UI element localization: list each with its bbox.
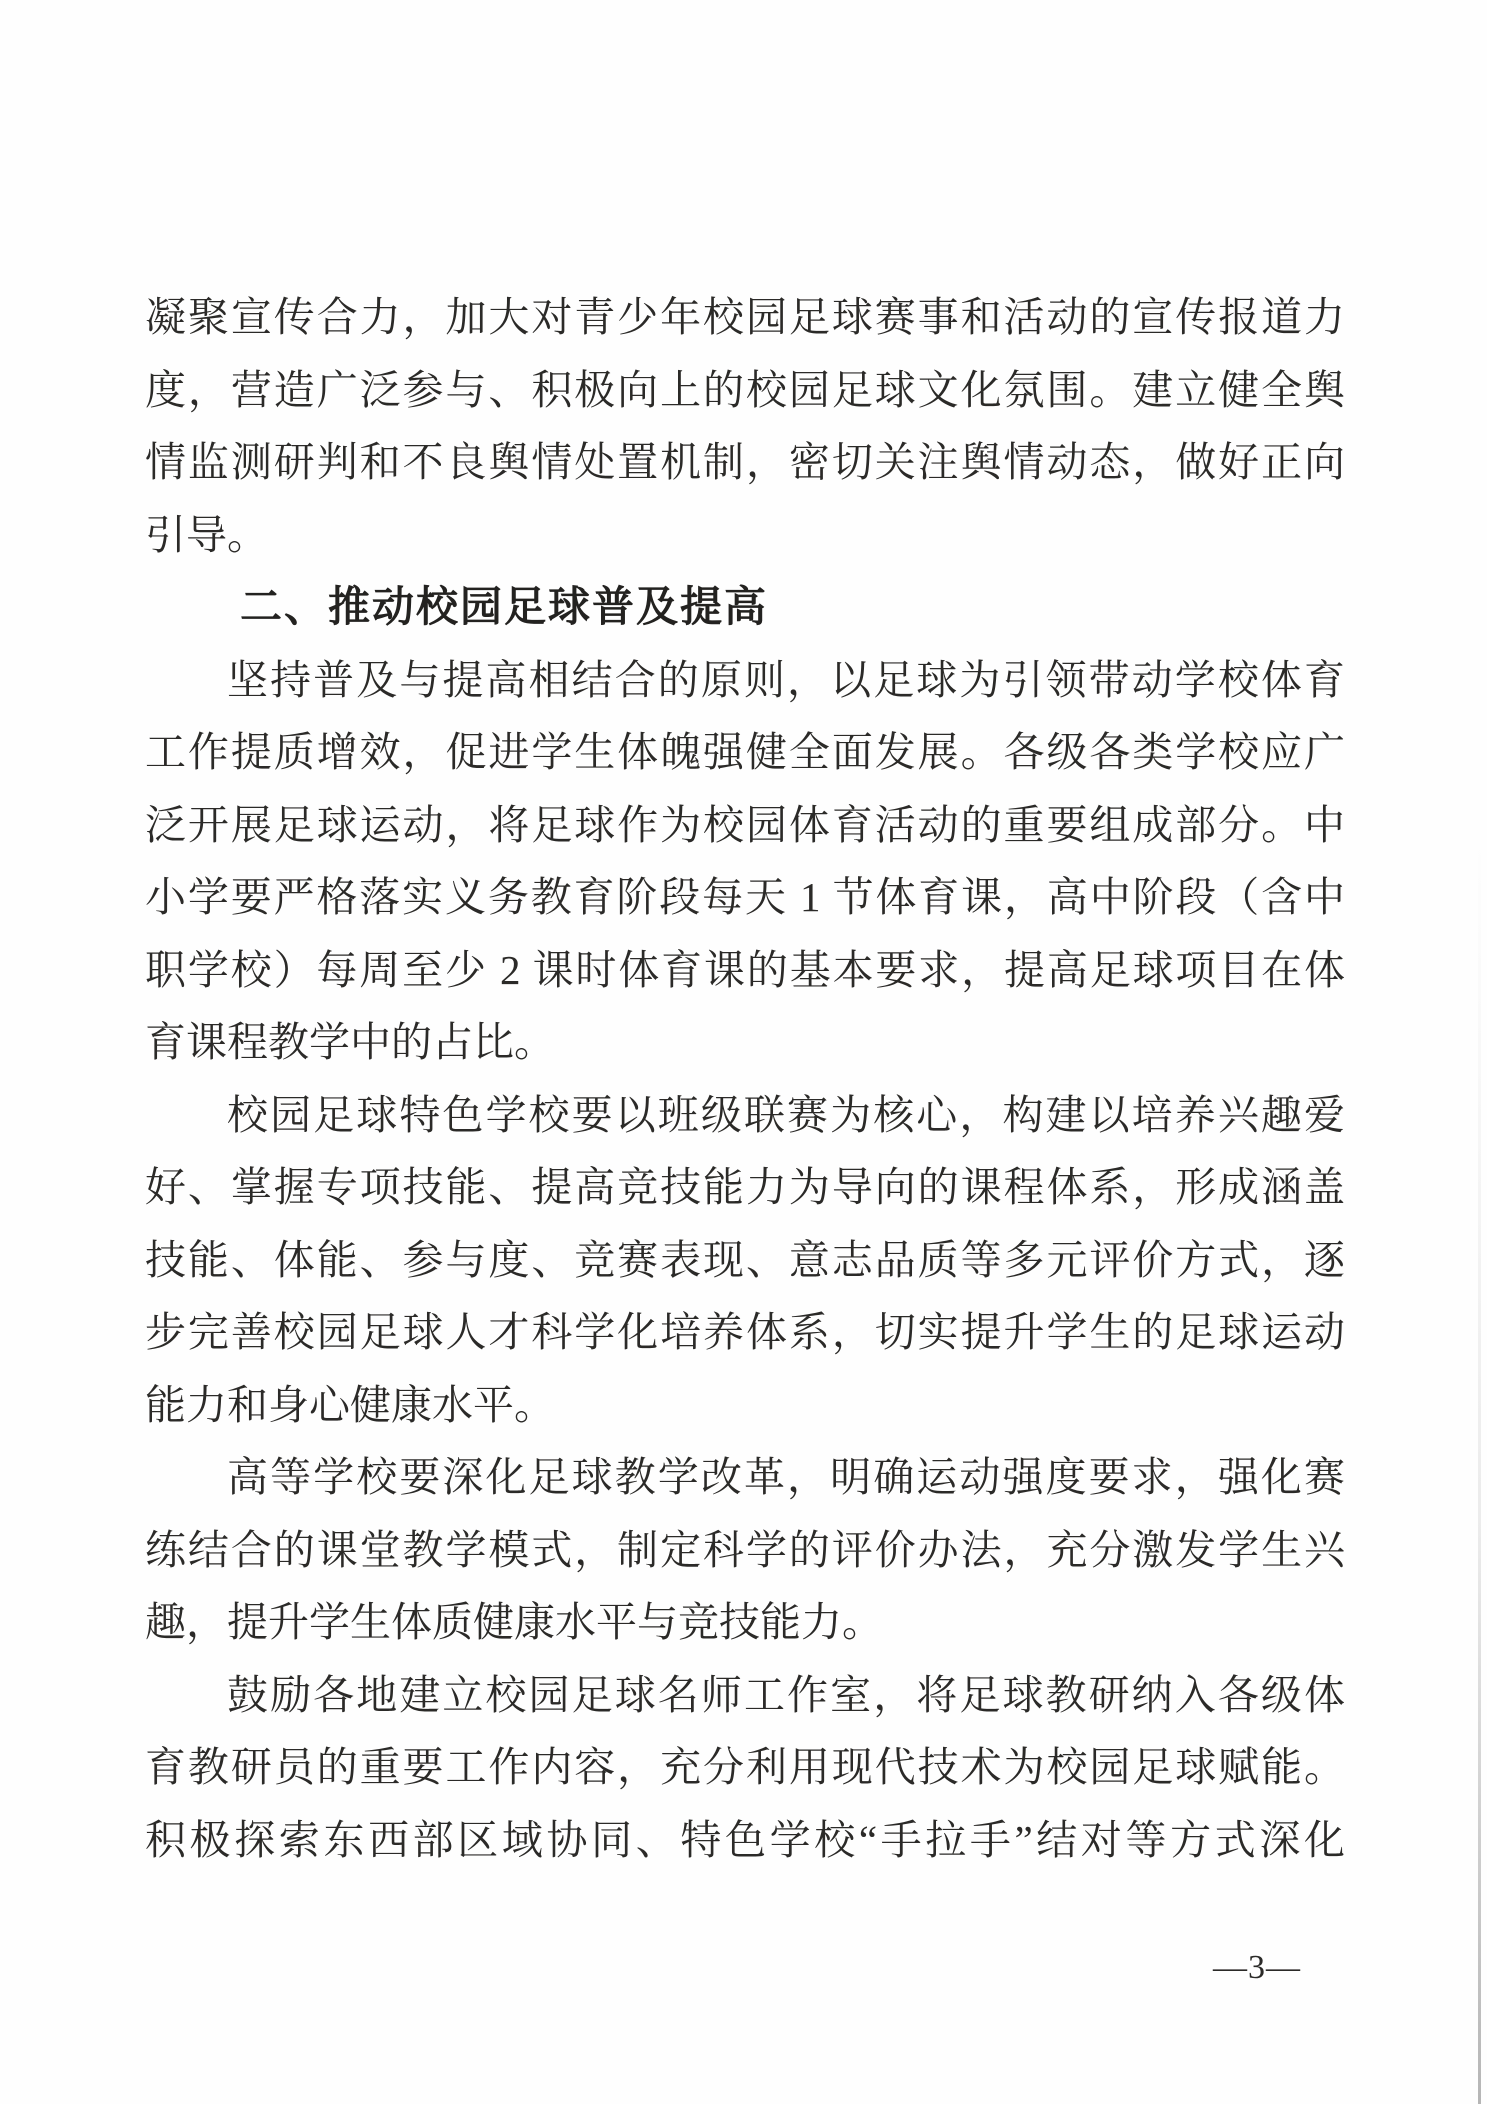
text-line: 泛开展足球运动，将足球作为校园体育活动的重要组成部分。中 (145, 789, 1345, 862)
text-line: 职学校）每周至少 2 课时体育课的基本要求，提高足球项目在体 (145, 934, 1345, 1007)
text-line: 练结合的课堂教学模式，制定科学的评价办法，充分激发学生兴 (145, 1514, 1345, 1587)
text-line: 校园足球特色学校要以班级联赛为核心，构建以培养兴趣爱 (145, 1079, 1345, 1152)
paragraph: 校园足球特色学校要以班级联赛为核心，构建以培养兴趣爱 好、掌握专项技能、提高竞技… (145, 1079, 1345, 1442)
page-number: —3— (1213, 1948, 1301, 1988)
text-line: 凝聚宣传合力，加大对青少年校园足球赛事和活动的宣传报道力 (145, 281, 1345, 354)
text-line: 引导。 (145, 499, 1345, 572)
text-line: 趣，提升学生体质健康水平与竞技能力。 (145, 1586, 1345, 1659)
text-line: 高等学校要深化足球教学改革，明确运动强度要求，强化赛 (145, 1441, 1345, 1514)
text-line: 好、掌握专项技能、提高竞技能力为导向的课程体系，形成涵盖 (145, 1151, 1345, 1224)
text-line: 度，营造广泛参与、积极向上的校园足球文化氛围。建立健全舆 (145, 354, 1345, 427)
text-line: 小学要严格落实义务教育阶段每天 1 节体育课，高中阶段（含中 (145, 861, 1345, 934)
text-line: 能力和身心健康水平。 (145, 1369, 1345, 1442)
paragraph: 坚持普及与提高相结合的原则，以足球为引领带动学校体育 工作提质增效，促进学生体魄… (145, 644, 1345, 1079)
text-line: 工作提质增效，促进学生体魄强健全面发展。各级各类学校应广 (145, 716, 1345, 789)
text-line: 育教研员的重要工作内容，充分利用现代技术为校园足球赋能。 (145, 1731, 1345, 1804)
paragraph: 凝聚宣传合力，加大对青少年校园足球赛事和活动的宣传报道力 度，营造广泛参与、积极… (145, 281, 1345, 571)
text-line: 步完善校园足球人才科学化培养体系，切实提升学生的足球运动 (145, 1296, 1345, 1369)
paragraph: 鼓励各地建立校园足球名师工作室，将足球教研纳入各级体 育教研员的重要工作内容，充… (145, 1659, 1345, 1877)
text-line: 坚持普及与提高相结合的原则，以足球为引领带动学校体育 (145, 644, 1345, 717)
document-body: 凝聚宣传合力，加大对青少年校园足球赛事和活动的宣传报道力 度，营造广泛参与、积极… (145, 281, 1345, 1876)
scanned-document-page: 凝聚宣传合力，加大对青少年校园足球赛事和活动的宣传报道力 度，营造广泛参与、积极… (0, 0, 1487, 2104)
text-line: 情监测研判和不良舆情处置机制，密切关注舆情动态，做好正向 (145, 426, 1345, 499)
section-heading: 二、推动校园足球普及提高 (145, 571, 1345, 644)
text-line: 技能、体能、参与度、竞赛表现、意志品质等多元评价方式，逐 (145, 1224, 1345, 1297)
paragraph: 高等学校要深化足球教学改革，明确运动强度要求，强化赛 练结合的课堂教学模式，制定… (145, 1441, 1345, 1659)
text-line: 积极探索东西部区域协同、特色学校“手拉手”结对等方式深化 (145, 1804, 1345, 1877)
text-line: 鼓励各地建立校园足球名师工作室，将足球教研纳入各级体 (145, 1659, 1345, 1732)
text-line: 育课程教学中的占比。 (145, 1006, 1345, 1079)
scan-edge-artifact (1478, 830, 1481, 2104)
